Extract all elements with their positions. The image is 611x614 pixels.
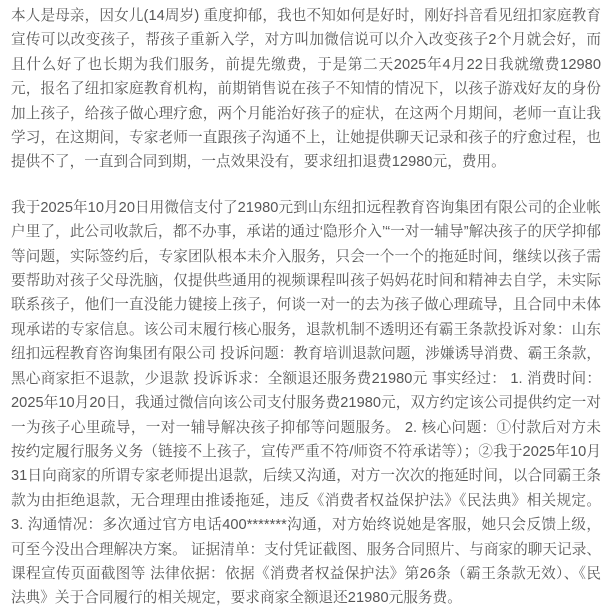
- complaint-paragraph-1: 本人是母亲，因女儿(14周岁) 重度抑郁，我也不知如何是好时，刚好抖音看见纽扣家…: [11, 4, 601, 175]
- complaint-paragraph-2: 我于2025年10月20日用微信支付了21980元到山东纽扣远程教育咨询集团有限…: [11, 196, 601, 611]
- complaint-document: 本人是母亲，因女儿(14周岁) 重度抑郁，我也不知如何是好时，刚好抖音看见纽扣家…: [0, 0, 611, 614]
